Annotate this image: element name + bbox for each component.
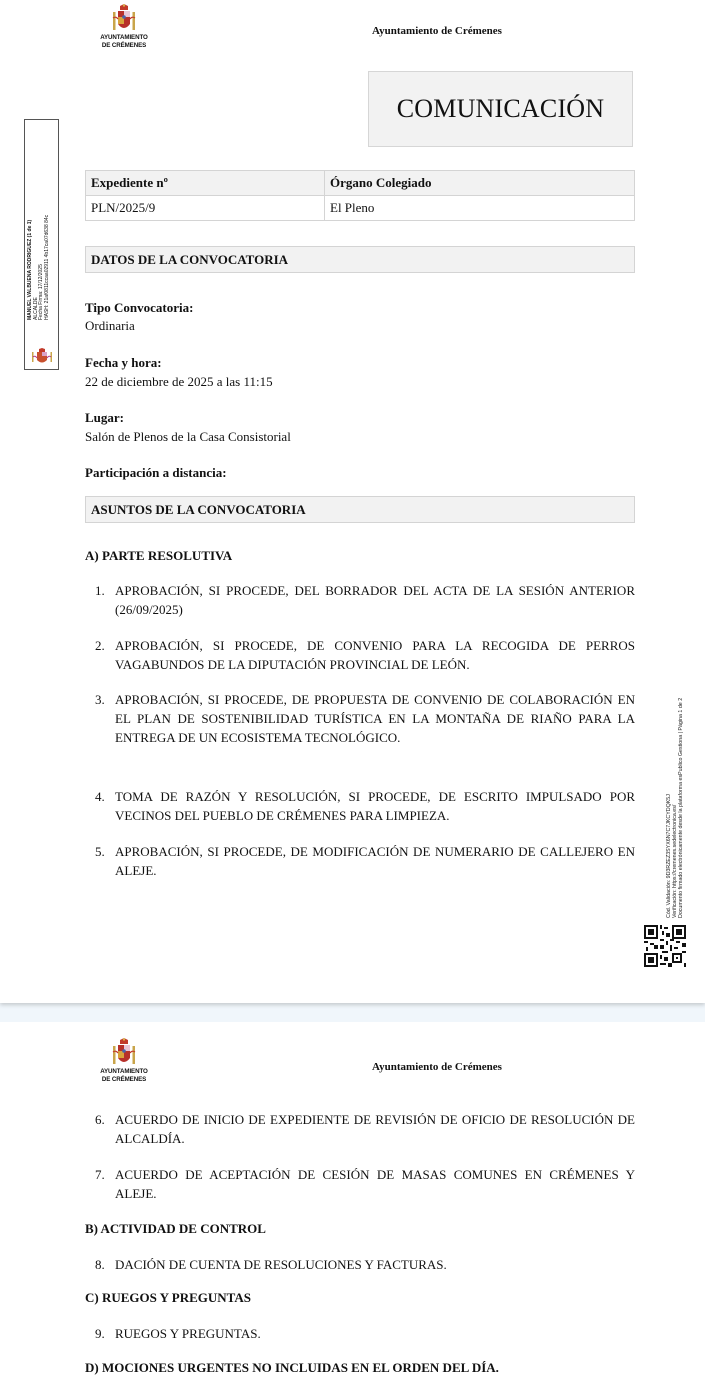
logo-line-1: AYUNTAMIENTO xyxy=(84,1068,164,1076)
agenda-item: 7. ACUERDO DE ACEPTACIÓN DE CESIÓN DE MA… xyxy=(95,1165,635,1203)
field-value-tipo: Ordinaria xyxy=(85,318,135,334)
agenda-item-text: RUEGOS Y PREGUNTAS. xyxy=(115,1324,635,1343)
agenda-item-text: APROBACIÓN, SI PROCEDE, DE CONVENIO PARA… xyxy=(115,636,635,674)
field-label-tipo: Tipo Convocatoria: xyxy=(85,300,193,316)
municipality-logo: AYUNTAMIENTO DE CRÉMENES xyxy=(84,4,164,50)
agenda-item-text: DACIÓN DE CUENTA DE RESOLUCIONES Y FACTU… xyxy=(115,1255,635,1274)
logo-line-2: DE CRÉMENES xyxy=(84,1076,164,1084)
seal-icon xyxy=(31,348,53,366)
agenda-item-number: 2. xyxy=(95,636,115,674)
agenda-item-text: ACUERDO DE INICIO DE EXPEDIENTE DE REVIS… xyxy=(115,1110,635,1148)
table-header-expediente: Expediente nº xyxy=(86,171,325,196)
document-title: COMUNICACIÓN xyxy=(368,71,633,147)
agenda-item-number: 6. xyxy=(95,1110,115,1148)
agenda-item: 6. ACUERDO DE INICIO DE EXPEDIENTE DE RE… xyxy=(95,1110,635,1148)
document-page-2: AYUNTAMIENTO DE CRÉMENES Ayuntamiento de… xyxy=(0,1022,705,1391)
table-header-row: Expediente nº Órgano Colegiado xyxy=(86,171,635,196)
agenda-item: 8. DACIÓN DE CUENTA DE RESOLUCIONES Y FA… xyxy=(95,1255,635,1274)
agenda-item: 3. APROBACIÓN, SI PROCEDE, DE PROPUESTA … xyxy=(95,690,635,747)
signature-text: MANUEL VALBUENA RODRIGUEZ (1 de 1) ALCAL… xyxy=(28,200,50,320)
section-c-heading: C) RUEGOS Y PREGUNTAS xyxy=(85,1290,251,1306)
field-value-fecha: 22 de diciembre de 2025 a las 11:15 xyxy=(85,374,273,390)
organo-colegiado: El Pleno xyxy=(325,196,635,221)
table-header-organo: Órgano Colegiado xyxy=(325,171,635,196)
section-b-heading: B) ACTIVIDAD DE CONTROL xyxy=(85,1221,266,1237)
municipality-logo: AYUNTAMIENTO DE CRÉMENES xyxy=(84,1038,164,1084)
field-label-fecha: Fecha y hora: xyxy=(85,355,162,371)
section-a-heading: A) PARTE RESOLUTIVA xyxy=(85,548,232,564)
asuntos-heading: ASUNTOS DE LA CONVOCATORIA xyxy=(85,496,635,523)
expediente-table: Expediente nº Órgano Colegiado PLN/2025/… xyxy=(85,170,635,221)
datos-convocatoria-heading: DATOS DE LA CONVOCATORIA xyxy=(85,246,635,273)
signature-footer: Documento firmado electrónicamente desde… xyxy=(678,698,684,918)
agenda-item: 5. APROBACIÓN, SI PROCEDE, DE MODIFICACI… xyxy=(95,842,635,880)
logo-line-2: DE CRÉMENES xyxy=(84,42,164,50)
document-page-1: AYUNTAMIENTO DE CRÉMENES Ayuntamiento de… xyxy=(0,0,705,1003)
agenda-item-number: 9. xyxy=(95,1324,115,1343)
agenda-item-number: 3. xyxy=(95,690,115,747)
agenda-item: 4. TOMA DE RAZÓN Y RESOLUCIÓN, SI PROCED… xyxy=(95,787,635,825)
signature-hash: HASH: 21af0811ccaa02911 4b17ca07d638 84c xyxy=(45,200,51,320)
signature-panel: MANUEL VALBUENA RODRIGUEZ (1 de 1) ALCAL… xyxy=(24,119,59,370)
agenda-item-text: TOMA DE RAZÓN Y RESOLUCIÓN, SI PROCEDE, … xyxy=(115,787,635,825)
organization-name: Ayuntamiento de Crémenes xyxy=(372,1061,502,1073)
coat-of-arms-icon xyxy=(112,4,136,34)
field-value-lugar: Salón de Plenos de la Casa Consistorial xyxy=(85,429,291,445)
field-label-participacion: Participación a distancia: xyxy=(85,465,227,481)
agenda-item: 1. APROBACIÓN, SI PROCEDE, DEL BORRADOR … xyxy=(95,581,635,619)
agenda-item-text: APROBACIÓN, SI PROCEDE, DE PROPUESTA DE … xyxy=(115,690,635,747)
organization-name: Ayuntamiento de Crémenes xyxy=(372,25,502,37)
coat-of-arms-icon xyxy=(112,1038,136,1068)
agenda-item: 2. APROBACIÓN, SI PROCEDE, DE CONVENIO P… xyxy=(95,636,635,674)
agenda-item-number: 8. xyxy=(95,1255,115,1274)
agenda-item-text: ACUERDO DE ACEPTACIÓN DE CESIÓN DE MASAS… xyxy=(115,1165,635,1203)
agenda-item-number: 4. xyxy=(95,787,115,825)
agenda-item: 9. RUEGOS Y PREGUNTAS. xyxy=(95,1324,635,1343)
agenda-item-number: 1. xyxy=(95,581,115,619)
agenda-item-text: APROBACIÓN, SI PROCEDE, DEL BORRADOR DEL… xyxy=(115,581,635,619)
field-label-lugar: Lugar: xyxy=(85,410,124,426)
qr-code-icon xyxy=(644,925,686,967)
expediente-number: PLN/2025/9 xyxy=(86,196,325,221)
validation-text: Cód. Validación: 9D3RZEZ3SYX6N7C7JKCYDQK… xyxy=(666,698,684,918)
table-row: PLN/2025/9 El Pleno xyxy=(86,196,635,221)
agenda-item-number: 7. xyxy=(95,1165,115,1203)
section-d-heading: D) MOCIONES URGENTES NO INCLUIDAS EN EL … xyxy=(85,1360,499,1376)
agenda-item-number: 5. xyxy=(95,842,115,880)
agenda-item-text: APROBACIÓN, SI PROCEDE, DE MODIFICACIÓN … xyxy=(115,842,635,880)
logo-line-1: AYUNTAMIENTO xyxy=(84,34,164,42)
